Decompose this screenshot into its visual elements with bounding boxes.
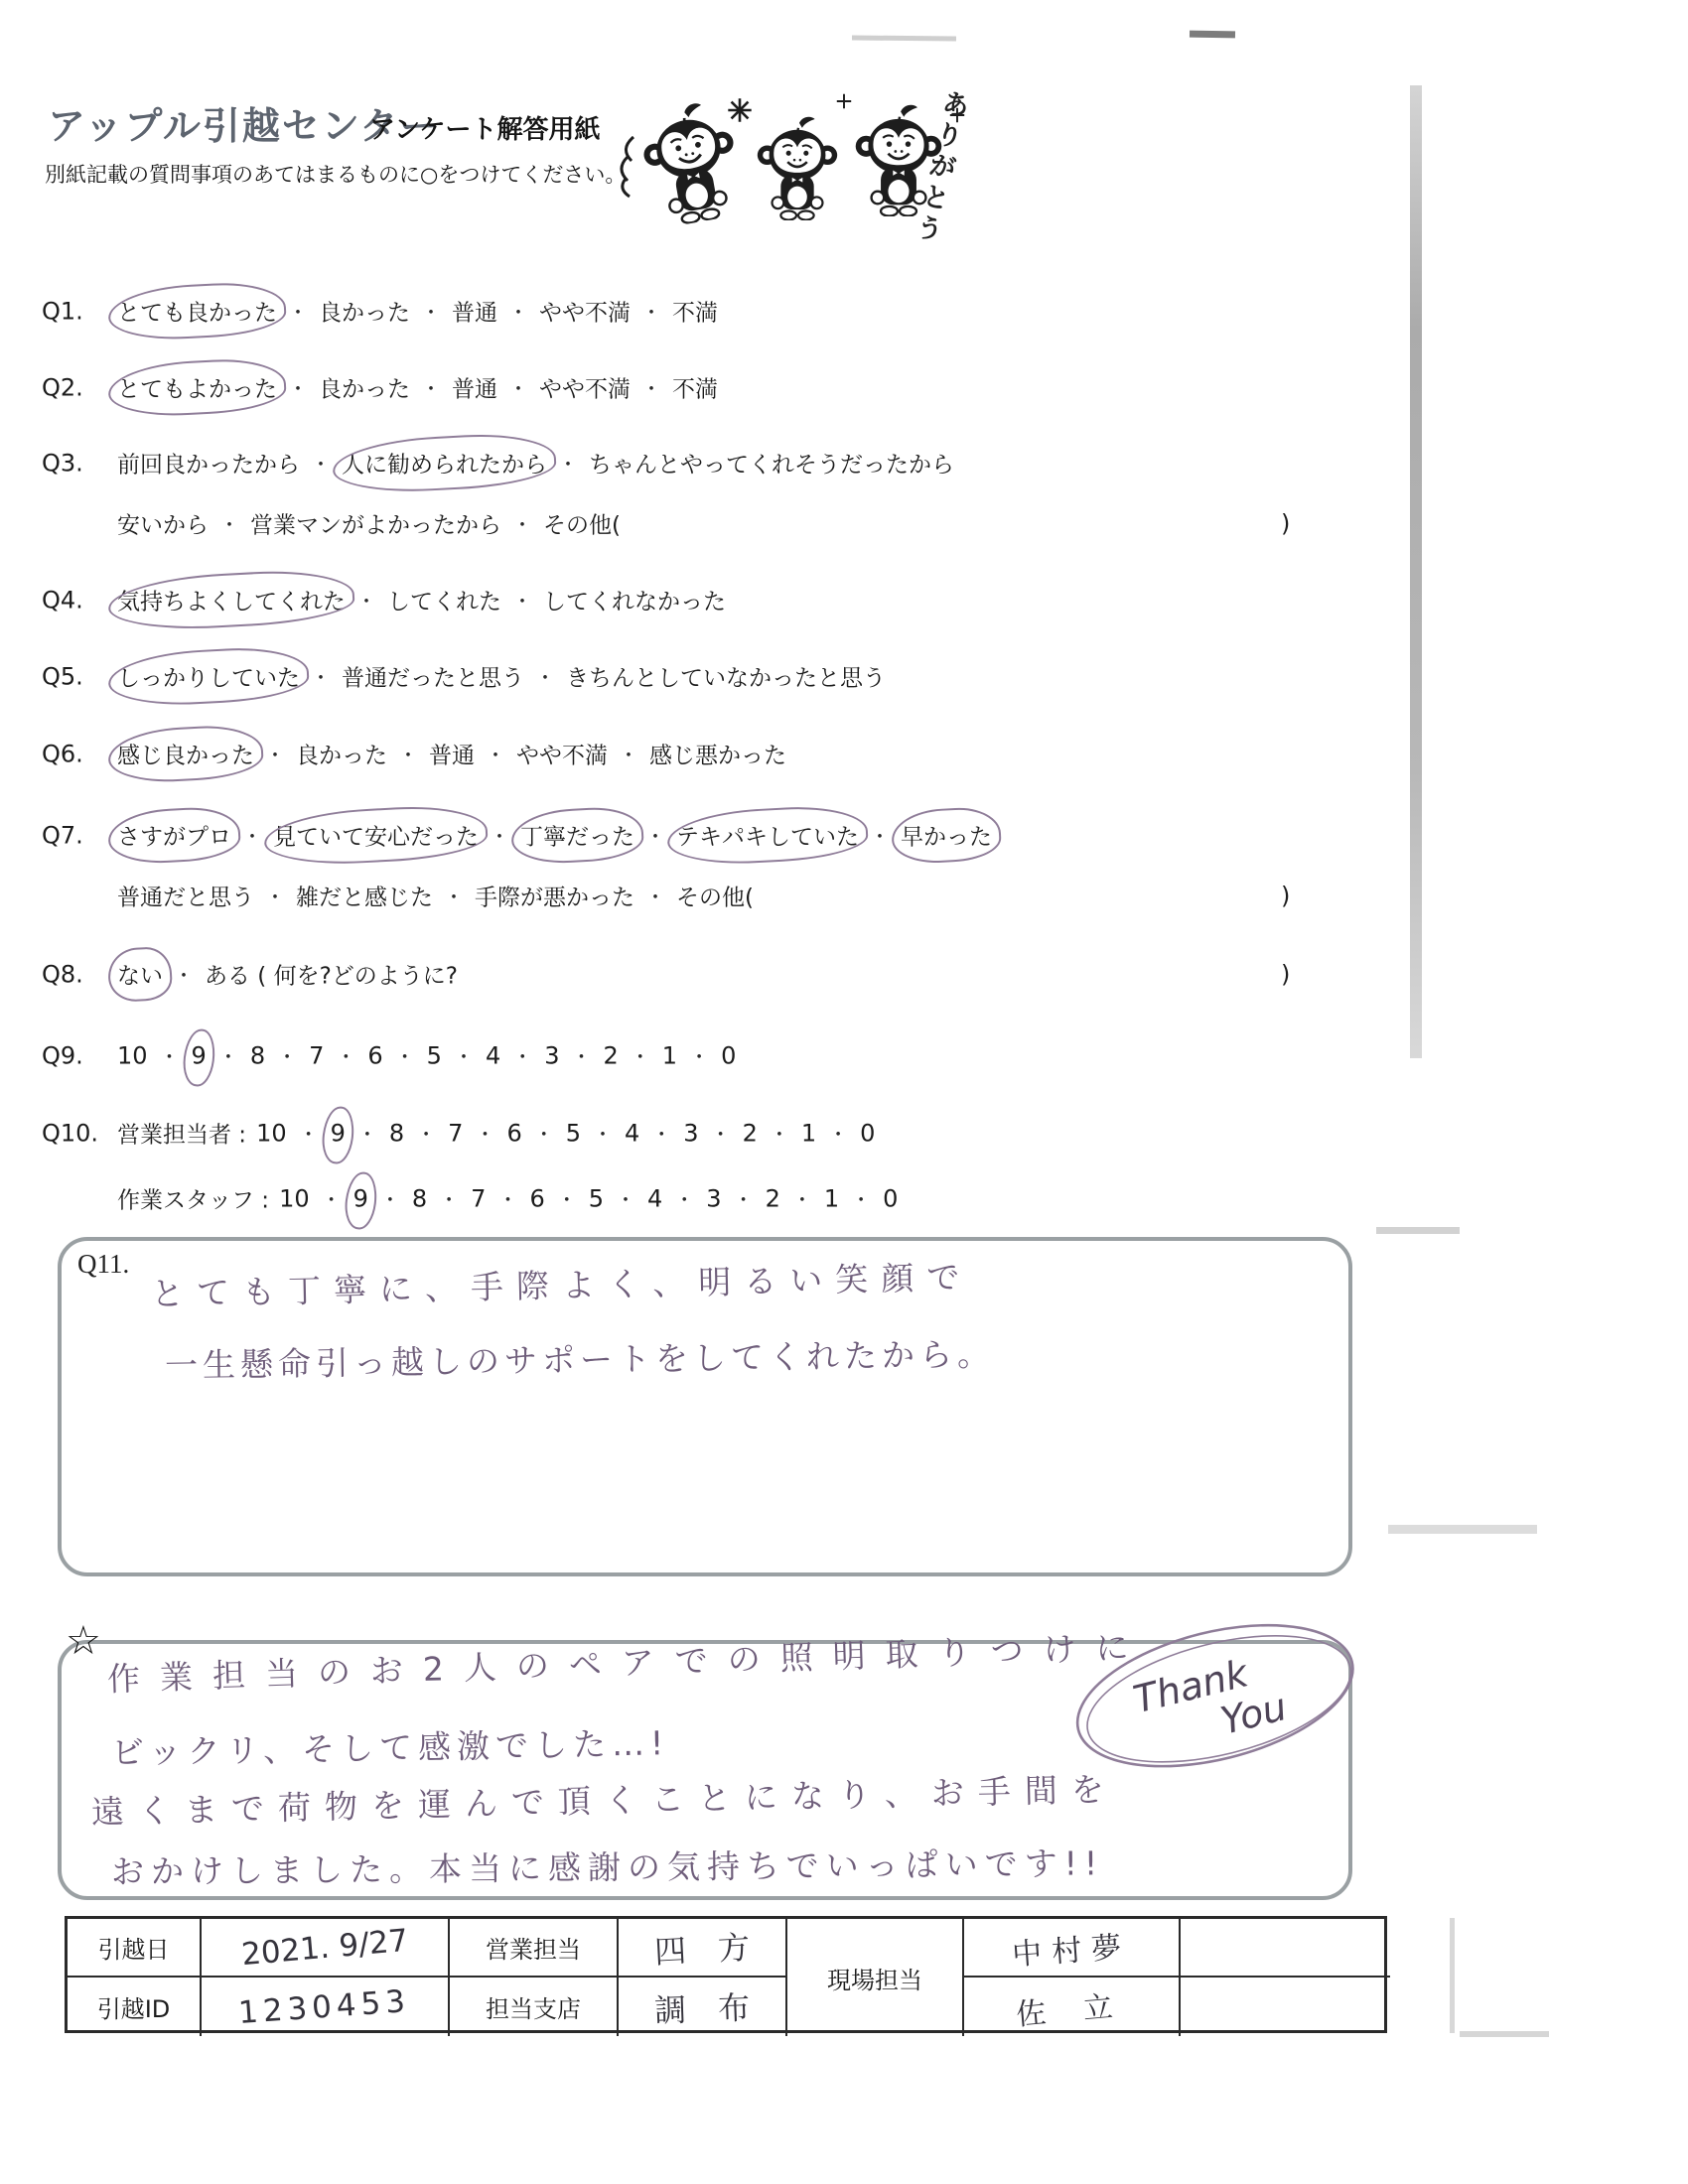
survey-option: 4 bbox=[486, 1041, 500, 1069]
option-separator: ・ bbox=[641, 297, 661, 326]
question-id: Q11. bbox=[77, 1249, 129, 1280]
option-separator: ・ bbox=[557, 1184, 577, 1213]
move-info-table: 引越日 2021. 9/27 営業担当 四 方 現場担当 中村夢 引越ID 12… bbox=[65, 1916, 1387, 2033]
scanned-survey-page: アップル引越センター アンケート解答用紙 別紙記載の質問事項のあてはまるものに○… bbox=[0, 0, 1688, 2184]
survey-option-circled: 9 bbox=[353, 1184, 368, 1212]
option-separator: ・ bbox=[689, 1041, 709, 1070]
option-separator: ・ bbox=[380, 1184, 400, 1213]
option-separator: ・ bbox=[734, 1184, 754, 1213]
survey-option: 1 bbox=[662, 1041, 677, 1069]
option-separator: ・ bbox=[535, 662, 555, 691]
survey-option: 0 bbox=[860, 1119, 875, 1147]
question-id: Q1. bbox=[42, 297, 117, 325]
survey-option: 2 bbox=[604, 1041, 619, 1069]
survey-option: その他( bbox=[543, 507, 621, 540]
sales-rep-value: 四 方 bbox=[619, 1919, 787, 1978]
question-line: Q9.10・9・8・7・6・5・4・3・2・1・0 bbox=[42, 1041, 736, 1070]
survey-option: 10 bbox=[117, 1041, 148, 1069]
option-separator: ・ bbox=[851, 1184, 871, 1213]
rating-target-label: 作業スタッフ : bbox=[117, 1182, 269, 1215]
move-date-value: 2021. 9/27 bbox=[202, 1919, 450, 1978]
close-paren: ) bbox=[1281, 882, 1290, 909]
survey-option: ちゃんとやってくれそうだったから bbox=[589, 447, 954, 479]
move-date-label: 引越日 bbox=[68, 1919, 202, 1978]
survey-option-circled: 9 bbox=[192, 1041, 207, 1069]
survey-option: 6 bbox=[506, 1119, 521, 1147]
option-separator: ・ bbox=[288, 297, 308, 326]
survey-option: 手際が悪かった bbox=[475, 880, 634, 912]
question-line: 安いから・営業マンがよかったから・その他() bbox=[42, 507, 621, 540]
option-separator: ・ bbox=[674, 1184, 694, 1213]
question-id: Q5. bbox=[42, 662, 117, 690]
option-separator: ・ bbox=[486, 740, 505, 768]
survey-option: 不満 bbox=[672, 371, 718, 404]
question-line: Q5.しっかりしていた・普通だったと思う・きちんとしていなかったと思う bbox=[42, 660, 886, 693]
option-separator: ・ bbox=[311, 662, 331, 691]
survey-option: 5 bbox=[589, 1184, 604, 1212]
site-staff-value-1: 中村夢 bbox=[964, 1919, 1181, 1978]
option-separator: ・ bbox=[444, 882, 464, 910]
option-separator: ・ bbox=[870, 821, 890, 850]
survey-option: 3 bbox=[683, 1119, 698, 1147]
sparkle-icon bbox=[727, 97, 753, 123]
scan-smudge bbox=[1190, 31, 1235, 39]
survey-option-circled: 丁寧だった bbox=[520, 819, 634, 852]
question-id: Q6. bbox=[42, 740, 117, 767]
option-separator: ・ bbox=[395, 1041, 415, 1070]
move-id-label: 引越ID bbox=[68, 1978, 202, 2036]
survey-option: やや不満 bbox=[539, 295, 631, 328]
survey-option: 良かった bbox=[319, 295, 410, 328]
site-staff-value-2: 佐 立 bbox=[964, 1978, 1181, 2036]
option-separator: ・ bbox=[174, 960, 194, 989]
question-line: 普通だと思う・雑だと感じた・手際が悪かった・その他() bbox=[42, 880, 754, 912]
option-separator: ・ bbox=[357, 1119, 377, 1148]
option-separator: ・ bbox=[497, 1184, 517, 1213]
close-paren: ) bbox=[1281, 960, 1290, 988]
option-separator: ・ bbox=[416, 1119, 436, 1148]
survey-option-circled: テキパキしていた bbox=[676, 819, 859, 852]
option-separator: ・ bbox=[475, 1119, 494, 1148]
option-separator: ・ bbox=[398, 740, 418, 768]
option-separator: ・ bbox=[558, 449, 578, 478]
question-line: Q6.感じ良かった・良かった・普通・やや不満・感じ悪かった bbox=[42, 738, 786, 770]
survey-option: 不満 bbox=[672, 295, 718, 328]
sparkle-icon bbox=[836, 93, 852, 109]
question-line: Q8.ない・ある ( 何を?どのように?) bbox=[42, 958, 458, 991]
option-separator: ・ bbox=[711, 1119, 731, 1148]
scan-smudge bbox=[1376, 1227, 1460, 1234]
option-separator: ・ bbox=[160, 1041, 180, 1070]
question-line: Q3.前回良かったから・人に勧められたから・ちゃんとやってくれそうだったから bbox=[42, 447, 954, 479]
survey-option: 0 bbox=[721, 1041, 736, 1069]
survey-option: 7 bbox=[309, 1041, 324, 1069]
question-line: Q4.気持ちよくしてくれた・してくれた・してくれなかった bbox=[42, 584, 726, 616]
survey-option: その他( bbox=[676, 880, 754, 912]
question-id: Q3. bbox=[42, 449, 117, 477]
question-line: Q10.営業担当者 :10・9・8・7・6・5・4・3・2・1・0 bbox=[42, 1117, 875, 1150]
survey-option-circled: とても良かった bbox=[117, 295, 277, 328]
survey-option: 7 bbox=[448, 1119, 463, 1147]
survey-option: してくれなかった bbox=[543, 584, 726, 616]
option-separator: ・ bbox=[265, 740, 285, 768]
survey-option-circled: とてもよかった bbox=[117, 371, 277, 404]
scan-streak bbox=[1410, 85, 1422, 1058]
survey-option: 良かった bbox=[319, 371, 410, 404]
handwritten-line: おかけしました。本当に感謝の気持ちでいっぱいです!! bbox=[111, 1838, 1105, 1893]
survey-option: 5 bbox=[427, 1041, 442, 1069]
survey-option: 2 bbox=[766, 1184, 780, 1212]
option-separator: ・ bbox=[356, 586, 376, 614]
survey-option: 8 bbox=[412, 1184, 427, 1212]
survey-option: 6 bbox=[529, 1184, 544, 1212]
question-id: Q7. bbox=[42, 821, 117, 849]
option-separator: ・ bbox=[265, 882, 285, 910]
survey-option-circled: 9 bbox=[331, 1119, 346, 1147]
survey-option-circled: 感じ良かった bbox=[117, 738, 254, 770]
survey-option: 普通だと思う bbox=[117, 880, 254, 912]
survey-option: 0 bbox=[883, 1184, 898, 1212]
survey-option: 普通 bbox=[452, 295, 497, 328]
question-id: Q4. bbox=[42, 586, 117, 614]
survey-option: 8 bbox=[250, 1041, 265, 1069]
survey-option-circled: 気持ちよくしてくれた bbox=[117, 584, 346, 616]
survey-option: ある ( 何を?どのように? bbox=[205, 958, 458, 991]
branch-label: 担当支店 bbox=[450, 1978, 619, 2036]
option-separator: ・ bbox=[792, 1184, 812, 1213]
option-separator: ・ bbox=[336, 1041, 355, 1070]
option-separator: ・ bbox=[277, 1041, 297, 1070]
survey-option: 良かった bbox=[296, 738, 387, 770]
question-line: 作業スタッフ :10・9・8・7・6・5・4・3・2・1・0 bbox=[42, 1182, 898, 1215]
survey-option: 5 bbox=[566, 1119, 581, 1147]
survey-option: 普通だったと思う bbox=[342, 660, 524, 693]
option-separator: ・ bbox=[508, 297, 528, 326]
survey-option-circled: さすがプロ bbox=[117, 819, 231, 852]
survey-option: 1 bbox=[801, 1119, 816, 1147]
option-separator: ・ bbox=[299, 1119, 319, 1148]
option-separator: ・ bbox=[641, 373, 661, 402]
option-separator: ・ bbox=[311, 449, 331, 478]
survey-option: 4 bbox=[625, 1119, 639, 1147]
survey-option-circled: しっかりしていた bbox=[117, 660, 300, 693]
option-separator: ・ bbox=[534, 1119, 554, 1148]
close-paren: ) bbox=[1281, 509, 1290, 537]
survey-option: 1 bbox=[824, 1184, 839, 1212]
option-separator: ・ bbox=[322, 1184, 342, 1213]
survey-option: 2 bbox=[743, 1119, 758, 1147]
survey-option-circled: 早かった bbox=[901, 819, 992, 852]
empty-cell bbox=[1181, 1978, 1390, 2036]
star-icon: ☆ bbox=[66, 1618, 101, 1664]
survey-option: 営業マンがよかったから bbox=[250, 507, 501, 540]
option-separator: ・ bbox=[508, 373, 528, 402]
option-separator: ・ bbox=[616, 1184, 635, 1213]
survey-option-circled: ない bbox=[117, 958, 163, 991]
option-separator: ・ bbox=[490, 821, 509, 850]
survey-option: 安いから bbox=[117, 507, 209, 540]
survey-option: 3 bbox=[706, 1184, 721, 1212]
question-line: Q7.さすがプロ・見ていて安心だった・丁寧だった・テキパキしていた・早かった bbox=[42, 819, 992, 852]
option-separator: ・ bbox=[645, 882, 665, 910]
option-separator: ・ bbox=[288, 373, 308, 402]
survey-option: 前回良かったから bbox=[117, 447, 300, 479]
question-line: Q1.とても良かった・良かった・普通・やや不満・不満 bbox=[42, 295, 718, 328]
option-separator: ・ bbox=[572, 1041, 592, 1070]
form-instruction: 別紙記載の質問事項のあてはまるものに○をつけてください。 bbox=[45, 159, 626, 189]
option-separator: ・ bbox=[645, 821, 665, 850]
survey-option: 10 bbox=[279, 1184, 310, 1212]
option-separator: ・ bbox=[631, 1041, 650, 1070]
survey-option: 雑だと感じた bbox=[296, 880, 433, 912]
option-separator: ・ bbox=[218, 1041, 238, 1070]
handwritten-line: ビックリ、そして感激でした…! bbox=[111, 1717, 670, 1774]
empty-cell bbox=[1181, 1919, 1390, 1978]
question-id: Q2. bbox=[42, 373, 117, 401]
survey-option: 普通 bbox=[429, 738, 475, 770]
survey-option-circled: 人に勧められたから bbox=[342, 447, 547, 479]
survey-option: 3 bbox=[544, 1041, 559, 1069]
option-separator: ・ bbox=[219, 509, 239, 538]
option-separator: ・ bbox=[512, 586, 532, 614]
option-separator: ・ bbox=[421, 297, 441, 326]
question-id: Q8. bbox=[42, 960, 117, 988]
survey-option: 4 bbox=[647, 1184, 662, 1212]
option-separator: ・ bbox=[454, 1041, 474, 1070]
survey-option: 7 bbox=[471, 1184, 486, 1212]
sales-rep-label: 営業担当 bbox=[450, 1919, 619, 1978]
scan-smudge bbox=[1450, 1918, 1455, 2033]
survey-option-circled: 見ていて安心だった bbox=[273, 819, 479, 852]
option-separator: ・ bbox=[651, 1119, 671, 1148]
question-line: Q2.とてもよかった・良かった・普通・やや不満・不満 bbox=[42, 371, 718, 404]
option-separator: ・ bbox=[242, 821, 262, 850]
option-separator: ・ bbox=[421, 373, 441, 402]
survey-option: 6 bbox=[367, 1041, 382, 1069]
scan-smudge bbox=[852, 36, 956, 42]
option-separator: ・ bbox=[770, 1119, 789, 1148]
survey-option: やや不満 bbox=[539, 371, 631, 404]
survey-option: きちんとしていなかったと思う bbox=[566, 660, 886, 693]
question-id: Q9. bbox=[42, 1041, 117, 1069]
mascot-illustration-group: ありがとう bbox=[616, 91, 1033, 230]
survey-option: やや不満 bbox=[516, 738, 608, 770]
scan-smudge bbox=[1460, 2031, 1549, 2037]
question-id: Q10. bbox=[42, 1119, 117, 1147]
scan-smudge bbox=[1388, 1525, 1537, 1534]
branch-value: 調 布 bbox=[619, 1978, 787, 2036]
survey-option: 感じ悪かった bbox=[649, 738, 786, 770]
option-separator: ・ bbox=[512, 1041, 532, 1070]
survey-option: してくれた bbox=[387, 584, 501, 616]
option-separator: ・ bbox=[512, 509, 532, 538]
site-staff-label: 現場担当 bbox=[787, 1919, 964, 2036]
move-id-value: 1230453 bbox=[202, 1978, 450, 2036]
monkey-mascot-icon bbox=[749, 115, 846, 220]
survey-option: 8 bbox=[389, 1119, 404, 1147]
option-separator: ・ bbox=[593, 1119, 613, 1148]
survey-option: 普通 bbox=[452, 371, 497, 404]
rating-target-label: 営業担当者 : bbox=[117, 1117, 246, 1150]
option-separator: ・ bbox=[619, 740, 638, 768]
option-separator: ・ bbox=[828, 1119, 848, 1148]
survey-option: 10 bbox=[256, 1119, 287, 1147]
form-title: アンケート解答用紙 bbox=[369, 109, 600, 146]
option-separator: ・ bbox=[439, 1184, 459, 1213]
